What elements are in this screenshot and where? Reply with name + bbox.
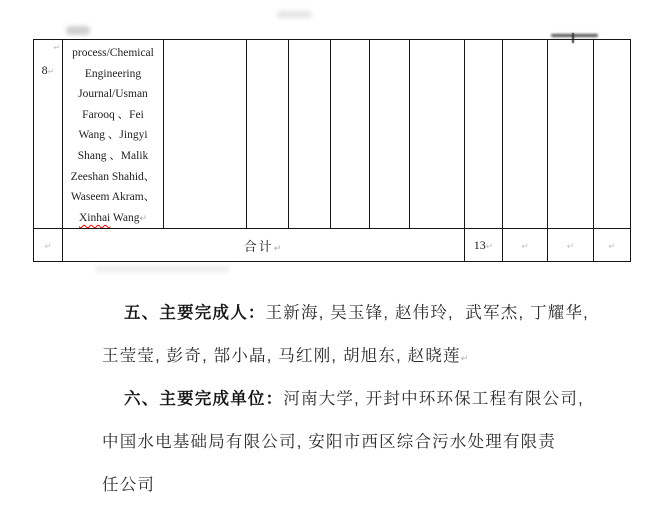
scan-smudge-light — [277, 11, 312, 18]
return-mark-icon: ↵ — [48, 67, 55, 76]
achievements-table: ↵ 8↵ process/Chemical Engineering Journa… — [33, 39, 631, 262]
publication-cell: process/Chemical Engineering Journal/Usm… — [63, 40, 164, 229]
table-row-entry-8: ↵ 8↵ process/Chemical Engineering Journa… — [34, 40, 631, 229]
publication-line: Waseem Akram、 — [63, 187, 163, 208]
return-mark-icon: ↵ — [53, 43, 60, 52]
publication-line-last: Xinhai Wang↵ — [63, 208, 163, 229]
return-mark-icon: ↵ — [139, 213, 147, 223]
section-six-line-2: 中国水电基础局有限公司, 安阳市西区综合污水处理有限责 — [102, 421, 582, 464]
return-mark-icon: ↵ — [567, 241, 575, 251]
scan-smudge-dark — [551, 34, 598, 37]
return-mark-icon: ↵ — [521, 241, 529, 251]
empty-cell: ↵ — [594, 229, 631, 262]
empty-cell — [594, 40, 631, 229]
total-value-cell: 13↵ — [465, 229, 503, 262]
scan-smudge-light — [66, 26, 90, 35]
document-page: ↵ 8↵ process/Chemical Engineering Journa… — [0, 0, 663, 532]
return-mark-icon: ↵ — [44, 241, 52, 251]
empty-cell — [548, 40, 594, 229]
return-mark-icon: ↵ — [274, 243, 284, 253]
empty-cell — [503, 40, 548, 229]
total-label-cell: 合计↵ — [63, 229, 465, 262]
section-six-line-3: 任公司 — [102, 464, 582, 507]
misspelled-word: Xinhai — [79, 212, 110, 224]
publication-line: Shang 、Malik — [63, 146, 163, 167]
return-mark-icon: ↵ — [608, 241, 616, 251]
publication-line: Wang 、Jingyi — [63, 125, 163, 146]
table-row-total: ↵ 合计↵ 13↵ ↵ ↵ ↵ — [34, 229, 631, 262]
empty-cell — [410, 40, 465, 229]
body-text: 五、主要完成人：王新海, 吴玉锋, 赵伟玲, 武军杰, 丁耀华, 王莹莹, 彭奇… — [102, 292, 582, 507]
section-six-label: 六、主要完成单位： — [124, 390, 283, 408]
return-mark-icon: ↵ — [461, 353, 470, 363]
publication-line: process/Chemical — [63, 43, 163, 64]
empty-cell — [370, 40, 410, 229]
empty-cell — [289, 40, 331, 229]
return-mark-icon: ↵ — [486, 241, 494, 251]
scan-smudge-light — [95, 266, 230, 272]
section-five-line-1: 五、主要完成人：王新海, 吴玉锋, 赵伟玲, 武军杰, 丁耀华, — [102, 292, 582, 335]
section-five-line-2: 王莹莹, 彭奇, 郜小晶, 马红刚, 胡旭东, 赵晓莲↵ — [102, 335, 582, 378]
section-five-label: 五、主要完成人： — [124, 304, 266, 322]
total-index-cell: ↵ — [34, 229, 63, 262]
empty-cell — [164, 40, 247, 229]
row-index-cell: ↵ 8↵ — [34, 40, 63, 229]
empty-cell — [331, 40, 370, 229]
row-index: 8↵ — [34, 63, 62, 78]
publication-line: Farooq 、Fei — [63, 105, 163, 126]
publication-line: Journal/Usman — [63, 84, 163, 105]
empty-cell — [465, 40, 503, 229]
section-six-units: 河南大学, 开封中环环保工程有限公司, — [283, 390, 584, 408]
section-six-line-1: 六、主要完成单位：河南大学, 开封中环环保工程有限公司, — [102, 378, 582, 421]
empty-cell: ↵ — [503, 229, 548, 262]
empty-cell: ↵ — [548, 229, 594, 262]
publication-line: Engineering — [63, 64, 163, 85]
publication-line: Zeeshan Shahid、 — [63, 167, 163, 188]
section-five-names: 王新海, 吴玉锋, 赵伟玲, 武军杰, 丁耀华, — [266, 304, 589, 322]
empty-cell — [247, 40, 289, 229]
